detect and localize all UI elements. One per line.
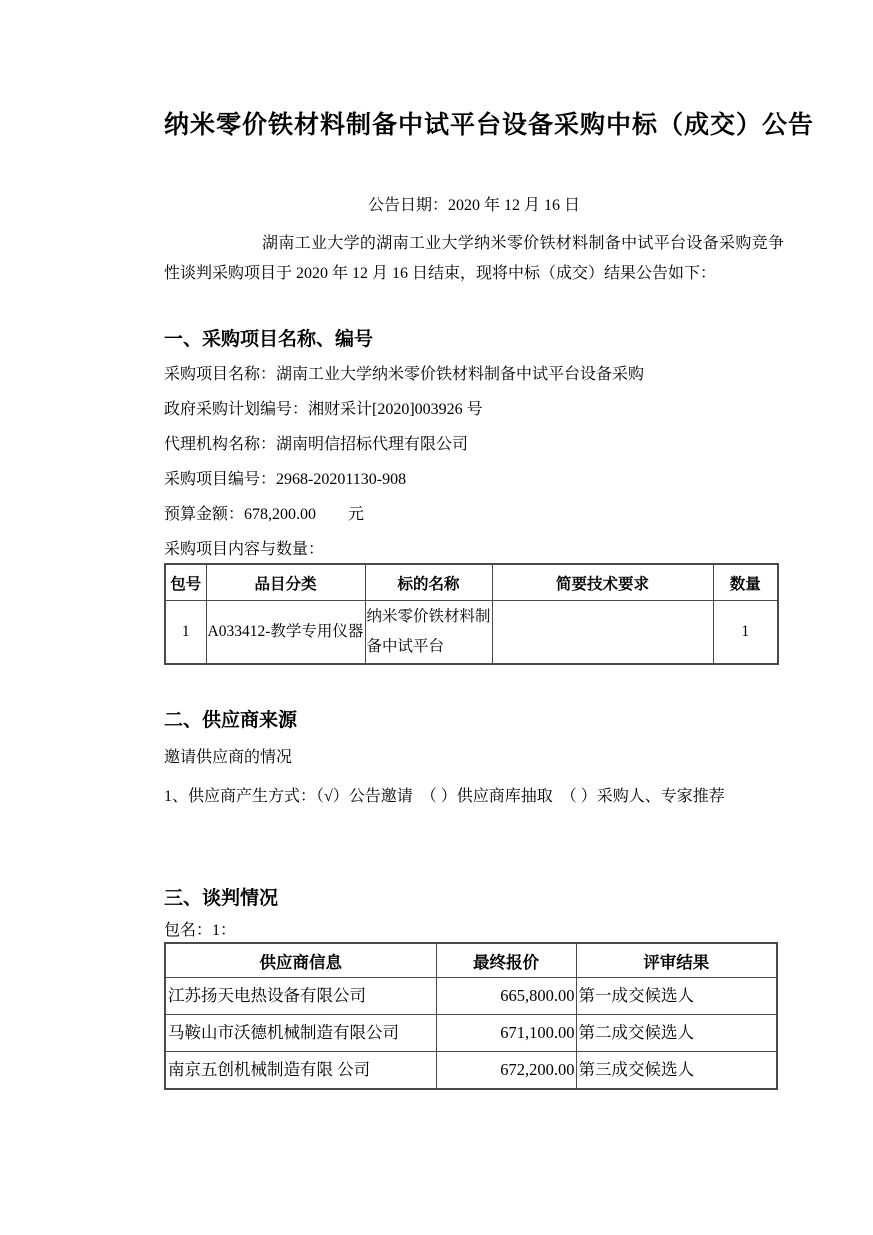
- page-title: 纳米零价铁材料制备中试平台设备采购中标（成交）公告: [164, 104, 784, 146]
- negotiation-table-row: 南京五创机械制造有限 公司 672,200.00 第三成交候选人: [165, 1052, 777, 1090]
- section3-heading: 三、谈判情况: [164, 885, 784, 912]
- cell-quantity: 1: [713, 601, 778, 665]
- cell-final-price: 672,200.00: [436, 1052, 576, 1090]
- document-page: 纳米零价铁材料制备中试平台设备采购中标（成交）公告 公告日期：2020 年 12…: [0, 0, 873, 1235]
- cell-package-number: 1: [165, 601, 206, 665]
- field-line-content-quantity: 采购项目内容与数量：: [164, 537, 784, 563]
- negotiation-table-row: 江苏扬天电热设备有限公司 665,800.00 第一成交候选人: [165, 978, 777, 1015]
- package-name-line: 包名：1：: [164, 919, 784, 942]
- negotiation-table: 供应商信息 最终报价 评审结果 江苏扬天电热设备有限公司 665,800.00 …: [164, 942, 778, 1090]
- supplier-invitation-line: 邀请供应商的情况: [164, 745, 784, 771]
- negotiation-table-header-row: 供应商信息 最终报价 评审结果: [165, 943, 777, 978]
- cell-tech-requirements: [492, 601, 713, 665]
- cell-supplier: 南京五创机械制造有限 公司: [165, 1052, 436, 1090]
- cell-category: A033412-教学专用仪器: [206, 601, 365, 665]
- cell-supplier: 马鞍山市沃德机械制造有限公司: [165, 1015, 436, 1052]
- items-header-package-no: 包号: [165, 564, 206, 601]
- cell-review-result: 第二成交候选人: [576, 1015, 777, 1052]
- cell-supplier: 江苏扬天电热设备有限公司: [165, 978, 436, 1015]
- section1-heading: 一、采购项目名称、编号: [164, 326, 784, 353]
- cell-final-price: 671,100.00: [436, 1015, 576, 1052]
- intro-paragraph: 湖南工业大学的湖南工业大学纳米零价铁材料制备中试平台设备采购竞争性谈判采购项目于…: [164, 229, 784, 289]
- cell-subject-name: 纳米零价铁材料制备中试平台: [365, 601, 492, 665]
- items-header-quantity: 数量: [713, 564, 778, 601]
- items-header-subject-name: 标的名称: [365, 564, 492, 601]
- field-line-project-name: 采购项目名称：湖南工业大学纳米零价铁材料制备中试平台设备采购: [164, 362, 784, 388]
- field-line-project-number: 采购项目编号：2968-20201130-908: [164, 467, 784, 493]
- field-line-plan-number: 政府采购计划编号：湘财采计[2020]003926 号: [164, 397, 784, 423]
- announcement-date: 公告日期：2020 年 12 月 16 日: [164, 194, 784, 218]
- items-table-row: 1 A033412-教学专用仪器 纳米零价铁材料制备中试平台 1: [165, 601, 778, 665]
- neg-header-final-price: 最终报价: [436, 943, 576, 978]
- neg-header-review-result: 评审结果: [576, 943, 777, 978]
- items-table: 包号 品目分类 标的名称 简要技术要求 数量 1 A033412-教学专用仪器 …: [164, 563, 779, 665]
- neg-header-supplier: 供应商信息: [165, 943, 436, 978]
- cell-review-result: 第一成交候选人: [576, 978, 777, 1015]
- negotiation-table-row: 马鞍山市沃德机械制造有限公司 671,100.00 第二成交候选人: [165, 1015, 777, 1052]
- cell-final-price: 665,800.00: [436, 978, 576, 1015]
- field-line-agency-name: 代理机构名称：湖南明信招标代理有限公司: [164, 432, 784, 458]
- items-header-category: 品目分类: [206, 564, 365, 601]
- section2-heading: 二、供应商来源: [164, 707, 784, 734]
- items-header-tech-requirements: 简要技术要求: [492, 564, 713, 601]
- field-line-budget: 预算金额：678,200.00 元: [164, 502, 784, 528]
- items-table-header-row: 包号 品目分类 标的名称 简要技术要求 数量: [165, 564, 778, 601]
- document-content: 纳米零价铁材料制备中试平台设备采购中标（成交）公告 公告日期：2020 年 12…: [164, 0, 784, 1090]
- cell-review-result: 第三成交候选人: [576, 1052, 777, 1090]
- supplier-method-line: 1、供应商产生方式：（√）公告邀请 （ ）供应商库抽取 （ ）采购人、专家推荐: [164, 784, 784, 810]
